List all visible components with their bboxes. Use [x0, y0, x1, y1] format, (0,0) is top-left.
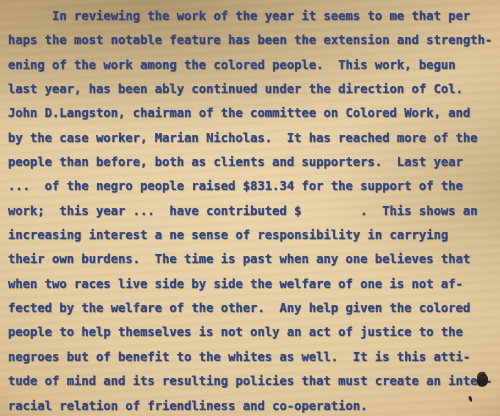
text-line: work; this year ... have contributed $ .…	[8, 199, 500, 223]
text-line: ening of the work among the colored peop…	[8, 53, 500, 77]
text-line: increasing interest a ne sense of respon…	[8, 223, 500, 247]
text-line: by the case worker, Marian Nicholas. It …	[8, 126, 500, 150]
text-line: fected by the welfare of the other. Any …	[8, 296, 500, 320]
document-text: In reviewing the work of the year it see…	[8, 4, 500, 416]
text-line: people than before, both as clients and …	[8, 150, 500, 174]
text-line: last year, has been ably continued under…	[8, 77, 500, 101]
text-line: people to help themselves is not only an…	[8, 320, 500, 344]
text-line: their own burdens. The time is past when…	[8, 247, 500, 271]
text-line: tude of mind and its resulting policies …	[8, 369, 500, 393]
document-page: In reviewing the work of the year it see…	[0, 0, 500, 416]
text-line: ... of the negro people raised $831.34 f…	[8, 174, 500, 198]
text-line: racial relation of friendliness and co-o…	[8, 394, 500, 416]
text-line: John D.Langston, chairman of the committ…	[8, 101, 500, 125]
text-line: haps the most notable feature has been t…	[8, 28, 500, 52]
text-line: when two races live side by side the wel…	[8, 272, 500, 296]
text-line: negroes but of benefit to the whites as …	[8, 345, 500, 369]
text-line: In reviewing the work of the year it see…	[8, 4, 500, 28]
